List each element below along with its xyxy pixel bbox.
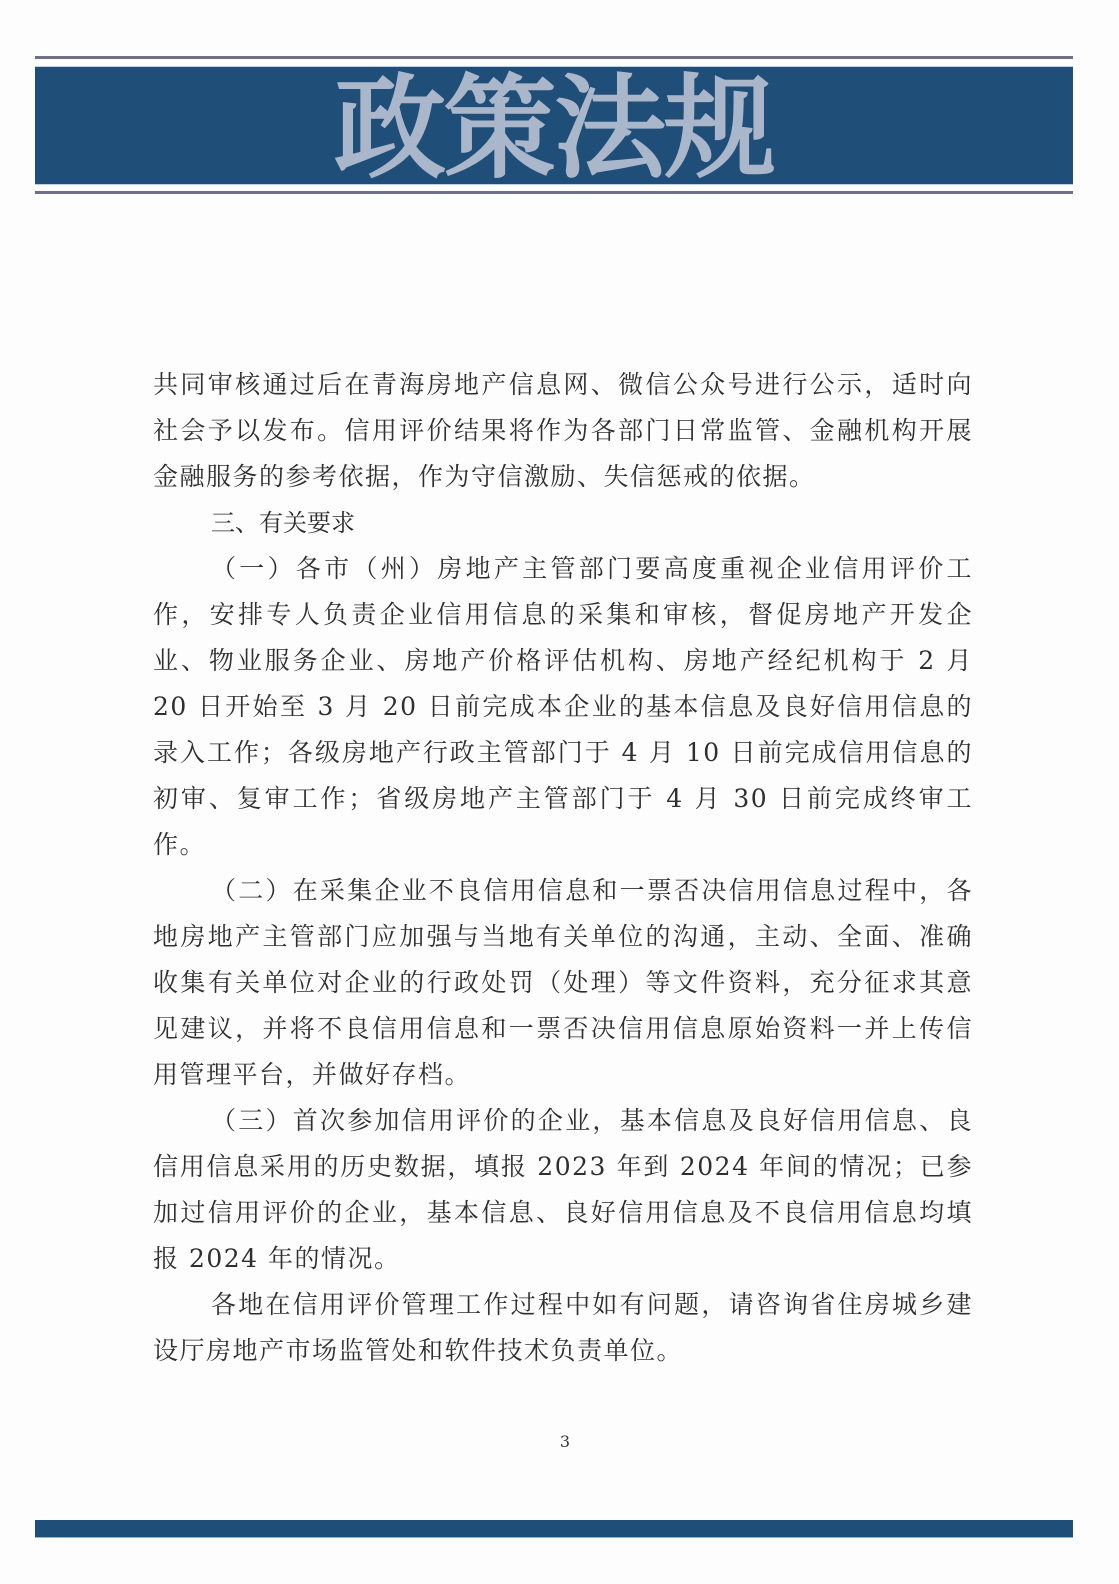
header-bottom-rule — [35, 191, 1073, 194]
banner-title: 政策法规 — [334, 73, 774, 185]
closing-paragraph: 各地在信用评价管理工作过程中如有问题，请咨询省住房城乡建设厅房地产市场监管处和软… — [153, 1282, 973, 1374]
requirement-item-3: （三）首次参加信用评价的企业，基本信息及良好信用信息、良信用信息采用的历史数据，… — [153, 1098, 973, 1282]
header-banner: 政策法规 — [35, 66, 1073, 185]
section-heading: 三、有关要求 — [153, 500, 973, 546]
continuation-paragraph: 共同审核通过后在青海房地产信息网、微信公众号进行公示，适时向社会予以发布。信用评… — [153, 362, 973, 500]
requirement-item-2: （二）在采集企业不良信用信息和一票否决信用信息过程中，各地房地产主管部门应加强与… — [153, 868, 973, 1098]
header-top-rule — [35, 56, 1073, 59]
footer-bar — [35, 1520, 1073, 1538]
document-body: 共同审核通过后在青海房地产信息网、微信公众号进行公示，适时向社会予以发布。信用评… — [153, 362, 973, 1374]
requirement-item-1: （一）各市（州）房地产主管部门要高度重视企业信用评价工作，安排专人负责企业信用信… — [153, 546, 973, 868]
page-number: 3 — [0, 1432, 1119, 1451]
